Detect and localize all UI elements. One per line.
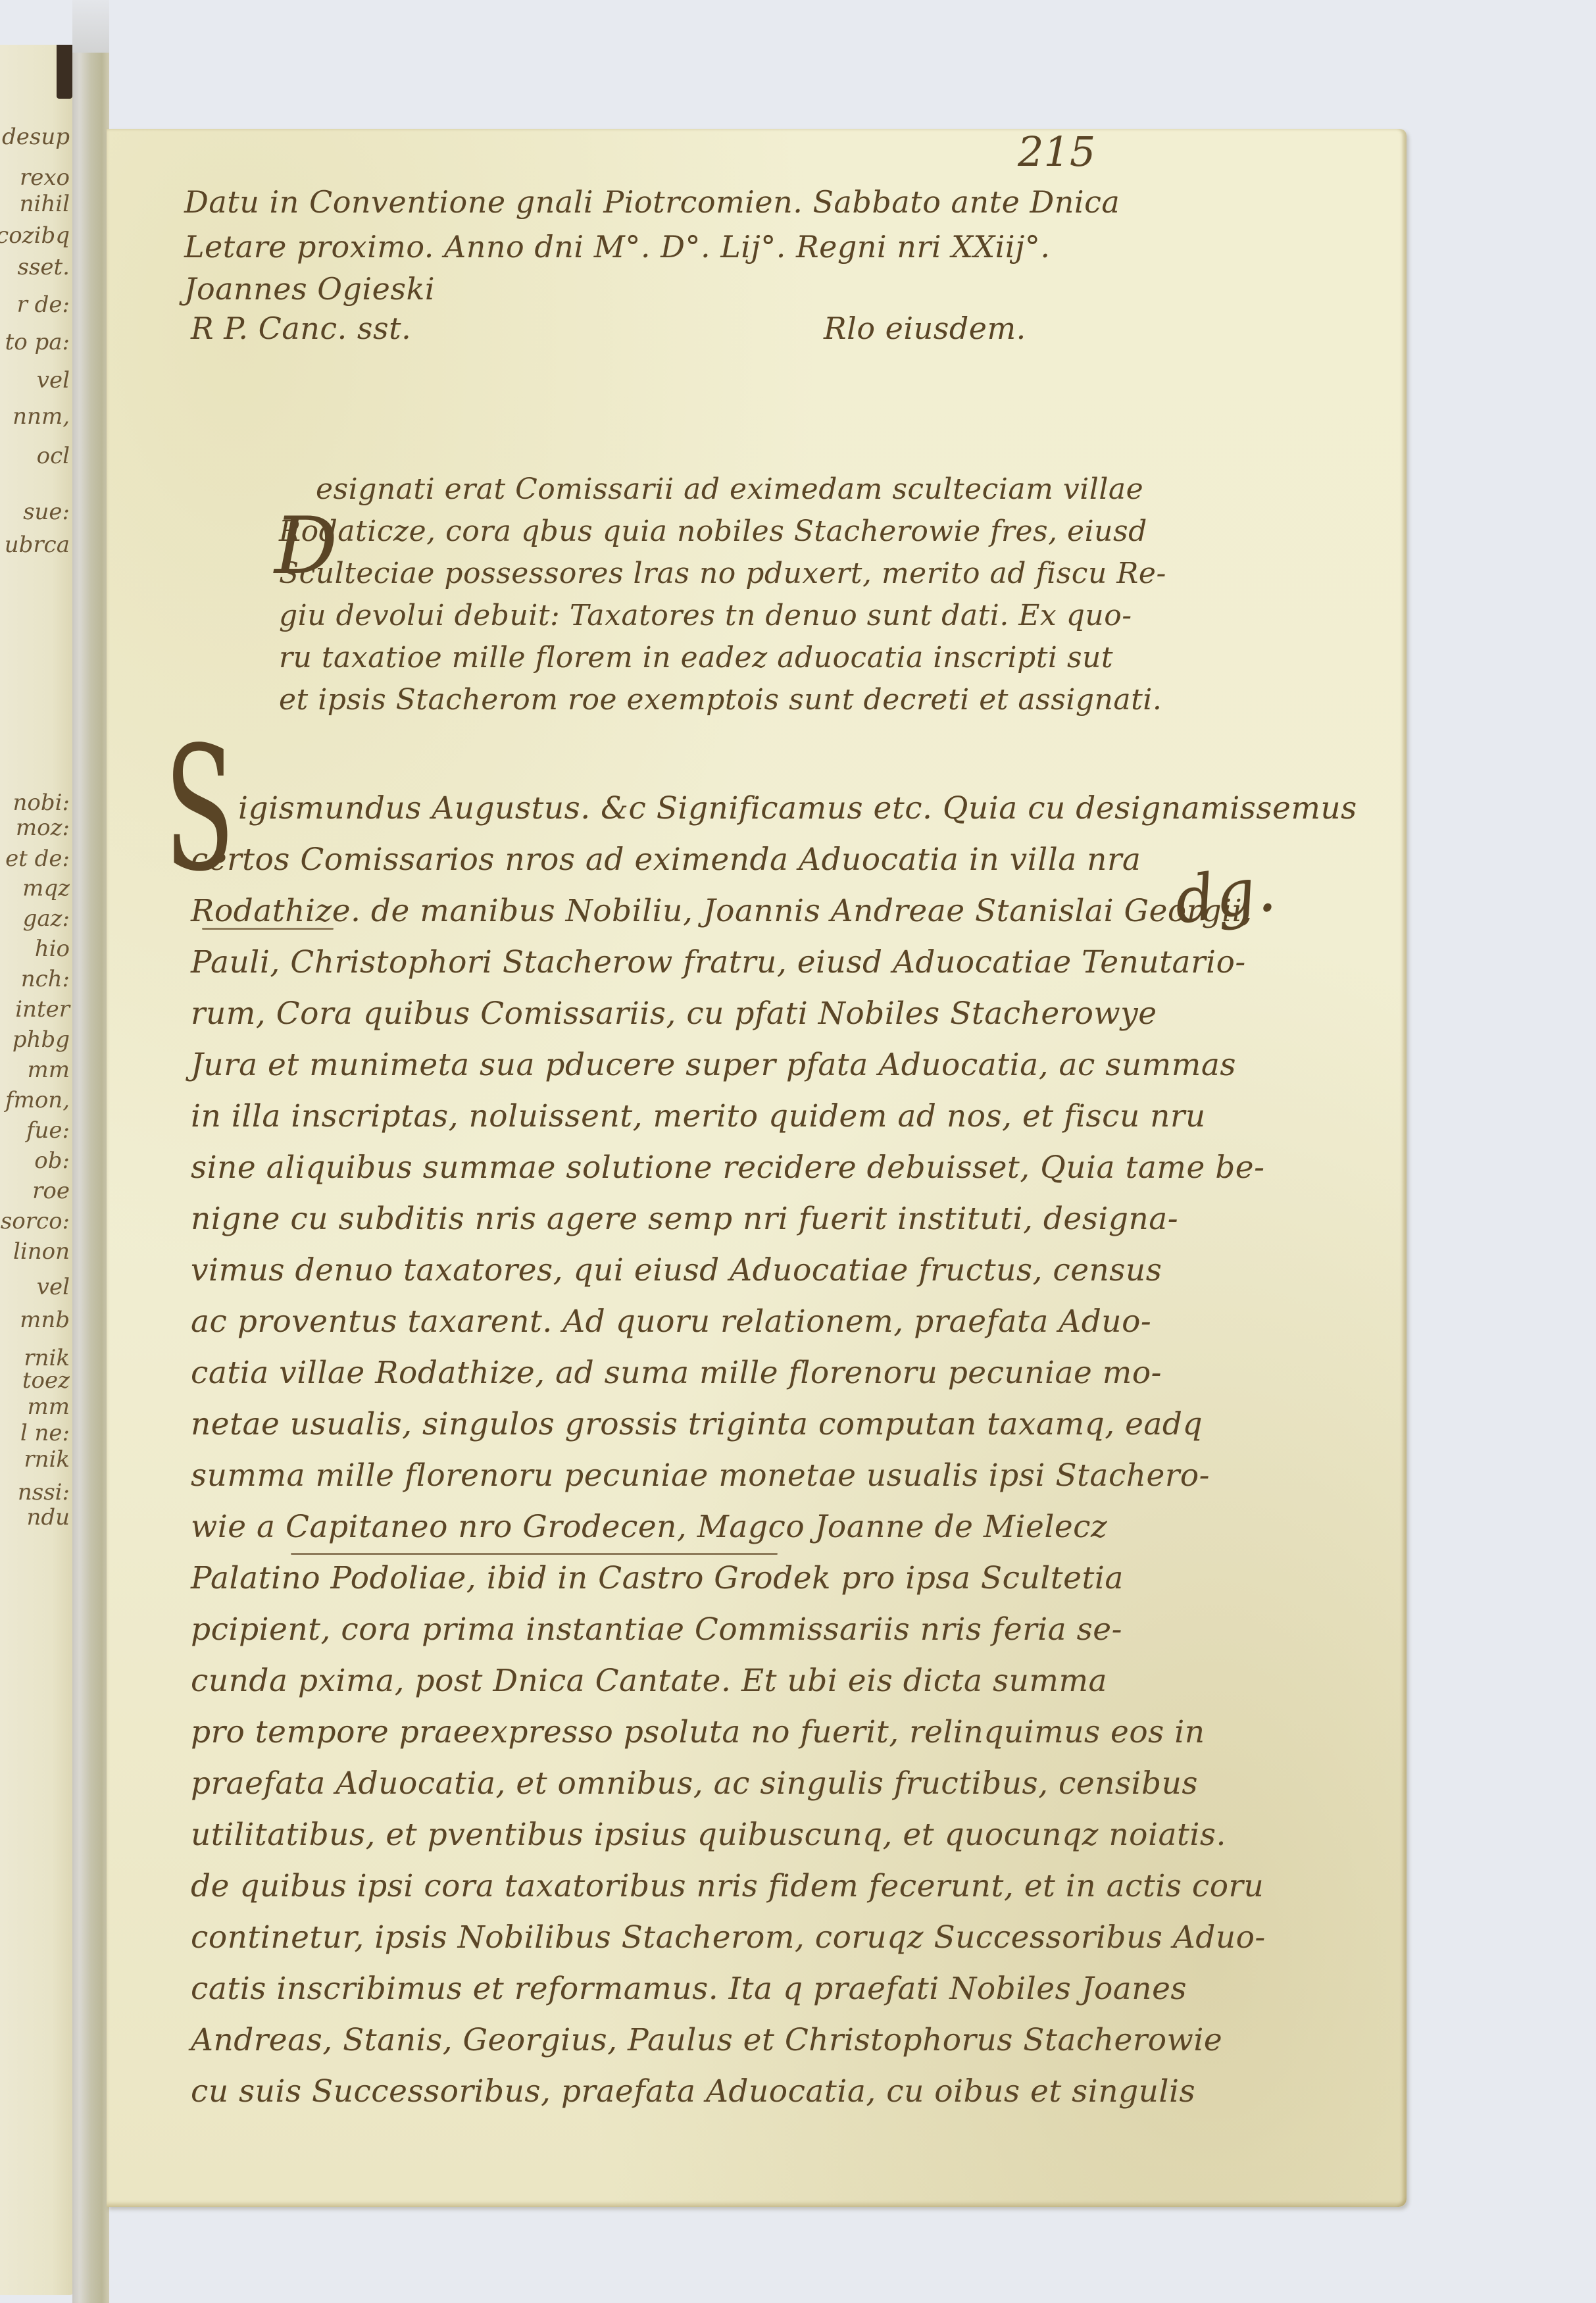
- left-fragment: ndu: [26, 1504, 70, 1531]
- body-line: ac proventus taxarent. Ad quoru relation…: [191, 1303, 1151, 1340]
- left-fragment: phbg: [12, 1026, 70, 1053]
- left-page: desup rexo nihil cozibq sset. r de: to p…: [0, 45, 74, 2295]
- left-fragment: roe: [32, 1178, 70, 1204]
- left-fragment: gaz:: [23, 905, 70, 932]
- left-fragment: ubrca: [5, 532, 70, 558]
- summary-line: ru taxatioe mille florem in eadez aduoca…: [279, 641, 1113, 674]
- place-name-underline: [202, 928, 334, 930]
- summary-line: Rodaticze, cora qbus quia nobiles Stache…: [279, 515, 1147, 548]
- body-line: Pauli, Christophori Stacherow fratru, ei…: [191, 944, 1246, 980]
- folio-number: 215: [1018, 128, 1095, 176]
- body-line: igismundus Augustus. &c Significamus etc…: [238, 790, 1357, 826]
- body-line: pcipient, cora prima instantiae Commissa…: [191, 1611, 1122, 1648]
- left-fragment: nch:: [21, 966, 70, 992]
- left-fragment: et de:: [5, 846, 70, 872]
- margin-annotation: dg.: [1170, 851, 1280, 938]
- body-line: nigne cu subditis nris agere semp nri fu…: [191, 1201, 1178, 1237]
- left-fragment: cozibq: [0, 222, 70, 249]
- colophon-line: Letare proximo. Anno dni M°. D°. Lij°. R…: [184, 229, 1051, 265]
- left-fragment: rexo: [20, 164, 70, 191]
- body-line: sine aliquibus summae solutione recidere…: [191, 1150, 1265, 1186]
- left-fragment: ob:: [34, 1148, 70, 1174]
- chancellery-note: R P. Canc. sst.: [191, 311, 411, 346]
- body-line: continetur, ipsis Nobilibus Stacherom, c…: [191, 1919, 1266, 1956]
- summary-line: esignati erat Comissarii ad eximedam scu…: [316, 472, 1143, 506]
- left-fragment: to pa:: [5, 329, 70, 355]
- colophon-line: Datu in Conventione gnali Piotrcomien. S…: [184, 184, 1120, 220]
- gutter-top-shadow: [72, 0, 109, 53]
- left-fragment: r de:: [17, 291, 70, 318]
- body-line: Rodathize. de manibus Nobiliu, Joannis A…: [191, 893, 1253, 929]
- left-fragment: nobi:: [13, 790, 70, 816]
- left-fragment: desup: [2, 124, 70, 150]
- left-fragment: fue:: [26, 1117, 70, 1144]
- summary-line: giu devolui debuit: Taxatores tn denuo s…: [279, 599, 1132, 632]
- body-line: cunda pxima, post Dnica Cantate. Et ubi …: [191, 1663, 1107, 1699]
- left-fragment: nihil: [20, 191, 70, 217]
- left-fragment: mm: [28, 1057, 70, 1083]
- body-line: pro tempore praeexpresso psoluta no fuer…: [191, 1714, 1205, 1750]
- right-page: 215 Datu in Conventione gnali Piotrcomie…: [107, 129, 1407, 2207]
- left-fragment: toez: [22, 1367, 70, 1394]
- body-line: wie a Capitaneo nro Grodecen, Magco Joan…: [191, 1509, 1107, 1545]
- left-fragment: sorco:: [1, 1208, 70, 1234]
- body-line: Jura et munimeta sua pducere super pfata…: [191, 1047, 1236, 1083]
- captain-name-underline: [291, 1553, 778, 1555]
- left-fragment: l ne:: [20, 1420, 70, 1446]
- body-line: de quibus ipsi cora taxatoribus nris fid…: [191, 1868, 1264, 1904]
- left-fragment: mm: [28, 1394, 70, 1420]
- relatio-note: Rlo eiusdem.: [824, 311, 1026, 346]
- left-fragment: vel: [37, 367, 70, 393]
- body-line: in illa inscriptas, noluissent, merito q…: [191, 1098, 1206, 1134]
- summary-line: Sculteciae possessores lras no pduxert, …: [279, 557, 1166, 590]
- body-line: netae usualis, singulos grossis triginta…: [191, 1406, 1203, 1442]
- body-line: Andreas, Stanis, Georgius, Paulus et Chr…: [191, 2022, 1222, 2058]
- bookmark-ribbon: [57, 45, 72, 99]
- left-fragment: moz:: [16, 815, 70, 841]
- left-fragment: inter: [15, 996, 70, 1023]
- left-fragment: mqz: [22, 875, 70, 901]
- left-fragment: nssi:: [18, 1479, 70, 1506]
- body-line: summa mille florenoru pecuniae monetae u…: [191, 1457, 1210, 1494]
- body-line: utilitatibus, et pventibus ipsius quibus…: [191, 1817, 1226, 1853]
- left-fragment: rnik: [24, 1446, 70, 1473]
- left-fragment: hio: [35, 936, 70, 962]
- signatory-name: Joannes Ogieski: [184, 271, 435, 307]
- left-fragment: sue:: [23, 499, 70, 525]
- left-fragment: sset.: [18, 254, 70, 280]
- body-line: cu suis Successoribus, praefata Aduocati…: [191, 2073, 1195, 2110]
- body-line: certos Comissarios nros ad eximenda Aduo…: [191, 842, 1141, 878]
- left-fragment: mnb: [20, 1307, 70, 1333]
- left-fragment: fmon,: [5, 1087, 70, 1113]
- body-line: praefata Aduocatia, et omnibus, ac singu…: [191, 1765, 1198, 1802]
- body-line: vimus denuo taxatores, qui eiusd Aduocat…: [191, 1252, 1162, 1288]
- body-line: catia villae Rodathize, ad suma mille fl…: [191, 1355, 1162, 1391]
- left-fragment: linon: [13, 1238, 70, 1265]
- left-fragment: vel: [37, 1274, 70, 1300]
- body-line: Palatino Podoliae, ibid in Castro Grodek…: [191, 1560, 1124, 1596]
- summary-line: et ipsis Stacherom roe exemptois sunt de…: [279, 683, 1162, 717]
- body-line: catis inscribimus et reformamus. Ita q p…: [191, 1971, 1187, 2007]
- body-line: rum, Cora quibus Comissariis, cu pfati N…: [191, 996, 1157, 1032]
- left-fragment: nnm,: [12, 403, 70, 430]
- book-gutter: [72, 0, 109, 2303]
- left-fragment: ocl: [37, 443, 70, 469]
